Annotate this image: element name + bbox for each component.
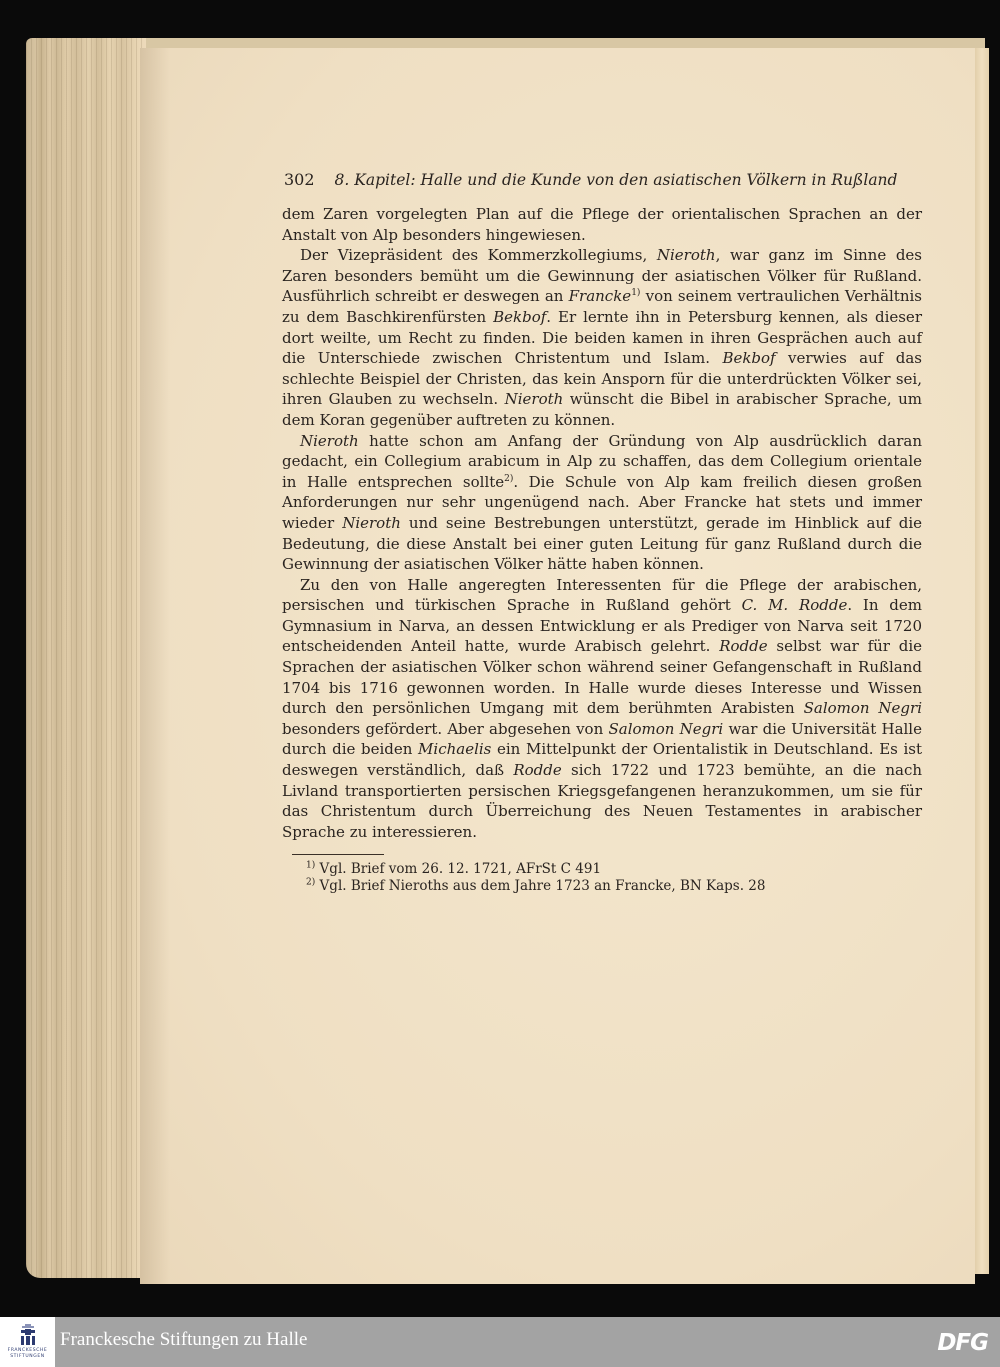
footnotes: 1) Vgl. Brief vom 26. 12. 1721, AFrSt C … [282, 861, 922, 895]
footnote-text: Vgl. Brief vom 26. 12. 1721, AFrSt C 491 [320, 861, 602, 877]
footnote-divider [292, 854, 384, 855]
text-run: dem Zaren vorgelegten Plan auf die Pfleg… [282, 205, 922, 244]
footnote-marker: 2) [306, 878, 315, 888]
paragraph: Zu den von Halle angeregten Interessente… [282, 575, 922, 843]
italic-name: C. M. Rodde [742, 596, 848, 614]
italic-name: Bekbof [722, 349, 775, 367]
italic-name: Bekbof [493, 308, 546, 326]
spine-shadow [140, 48, 170, 1284]
footnote-2: 2) Vgl. Brief Nieroths aus dem Jahre 172… [306, 878, 922, 895]
chapter-title: 8. Kapitel: Halle und die Kunde von den … [335, 171, 898, 189]
italic-name: Salomon Negri [608, 720, 723, 738]
italic-name: Nieroth [300, 432, 359, 450]
institution-name: Franckesche Stiftungen zu Halle [60, 1329, 307, 1351]
italic-name: Francke [569, 287, 632, 305]
body-text: dem Zaren vorgelegten Plan auf die Pfleg… [282, 204, 922, 842]
paragraph: Nieroth hatte schon am Anfang der Gründu… [282, 431, 922, 575]
italic-name: Nieroth [505, 390, 564, 408]
franckesche-stiftungen-logo[interactable]: FRANCKESCHE STIFTUNGEN [0, 1317, 55, 1367]
footnote-marker: 1) [306, 861, 315, 871]
italic-name: Rodde [513, 761, 561, 779]
page-content: 302 8. Kapitel: Halle und die Kunde von … [282, 170, 922, 895]
paragraph: Der Vizepräsident des Kommerzkollegiums,… [282, 245, 922, 430]
logo-caption: FRANCKESCHE STIFTUNGEN [8, 1348, 48, 1360]
italic-name: Nieroth [342, 514, 401, 532]
dfg-logo[interactable]: DFG [937, 1330, 988, 1356]
italic-name: Michaelis [418, 740, 491, 758]
italic-name: Salomon Negri [804, 699, 922, 717]
footnote-1: 1) Vgl. Brief vom 26. 12. 1721, AFrSt C … [306, 861, 922, 878]
text-run: Der Vizepräsident des Kommerzkollegiums, [300, 246, 657, 264]
text-run: besonders gefördert. Aber abgesehen von [282, 720, 608, 738]
book-right-edge [975, 48, 989, 1274]
footnote-text: Vgl. Brief Nieroths aus dem Jahre 1723 a… [320, 878, 766, 894]
italic-name: Nieroth [657, 246, 716, 264]
viewer-footer-bar: FRANCKESCHE STIFTUNGEN Franckesche Stift… [0, 1317, 1000, 1367]
paragraph: dem Zaren vorgelegten Plan auf die Pfleg… [282, 204, 922, 245]
institution-emblem-icon [19, 1324, 37, 1346]
italic-name: Rodde [719, 637, 767, 655]
running-head: 302 8. Kapitel: Halle und die Kunde von … [284, 170, 922, 194]
book-page-stack [26, 38, 146, 1278]
page-number: 302 [284, 170, 315, 189]
